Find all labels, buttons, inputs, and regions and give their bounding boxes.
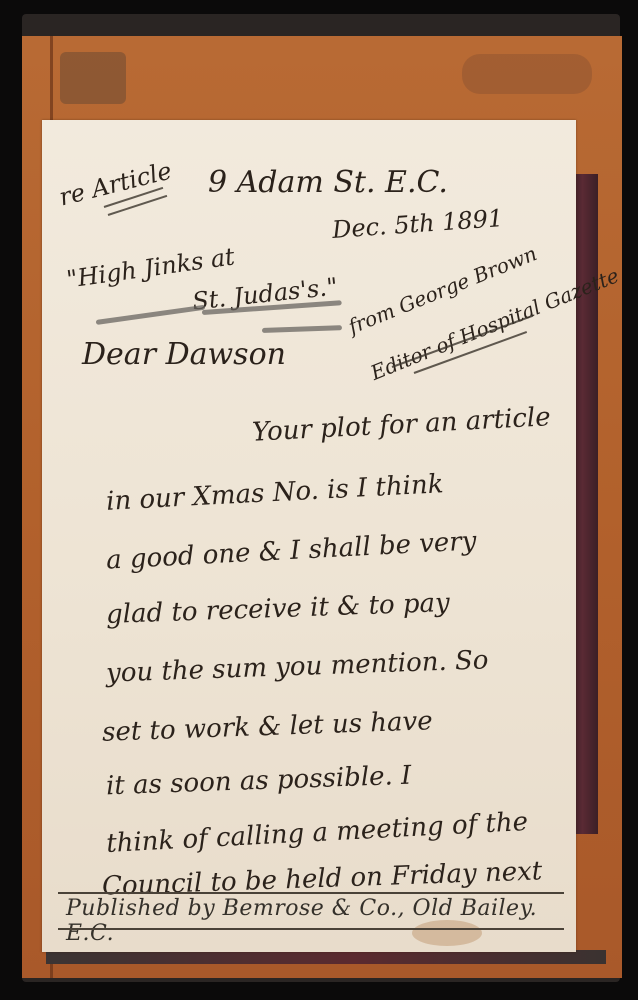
publisher-imprint: Published by Bemrose & Co., Old Bailey. … [66,896,576,946]
body-line: think of calling a meeting of the [106,809,529,857]
body-line: in our Xmas No. is I think [106,471,445,515]
crossed-out-scribble [262,325,342,333]
footer-rule-bottom [58,928,564,930]
footer-rule-top [58,892,564,894]
letter-date: Dec. 5th 1891 [331,206,503,242]
leather-binding-bottom [46,950,606,964]
body-line: set to work & let us have [102,708,433,746]
crossed-out-scribble [96,305,206,325]
salutation: Dear Dawson [82,340,286,370]
body-line: glad to receive it & to pay [106,590,450,628]
body-line: a good one & I shall be very [106,528,477,573]
body-line: Your plot for an article [252,404,552,446]
endpaper-stain [60,52,126,104]
letter-sheet: re Article 9 Adam St. E.C. Dec. 5th 1891… [42,120,576,952]
sender-address: 9 Adam St. E.C. [208,168,448,198]
body-line: you the sum you mention. So [106,647,489,686]
endpaper-stain [462,54,592,94]
body-line: it as soon as possible. I [106,763,412,800]
